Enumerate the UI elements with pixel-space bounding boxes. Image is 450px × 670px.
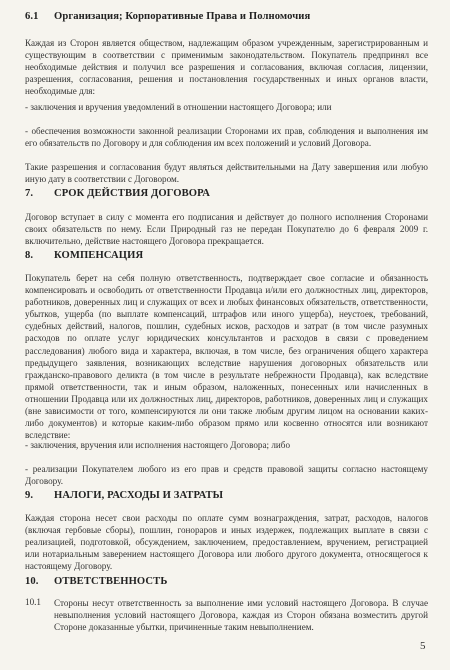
section-title: СРОК ДЕЙСТВИЯ ДОГОВОРА: [54, 188, 210, 199]
section-title: Организация; Корпоративные Права и Полно…: [54, 11, 310, 22]
paragraph: Каждая сторона несет свои расходы по опл…: [25, 512, 428, 572]
paragraph: Такие разрешения и согласования будут яв…: [25, 161, 428, 185]
list-item: - обеспечения возможности законной реали…: [25, 125, 428, 149]
section-title: ОТВЕТСТВЕННОСТЬ: [54, 576, 167, 587]
section-title: КОМПЕНСАЦИЯ: [54, 250, 143, 261]
list-item: - реализации Покупателем любого из его п…: [25, 463, 428, 487]
paragraph: Стороны несут ответственность за выполне…: [54, 597, 428, 633]
section-number: 6.1: [25, 11, 39, 22]
section-number: 10.: [25, 576, 39, 587]
paragraph: Каждая из Сторон является обществом, над…: [25, 37, 428, 97]
paragraph: Договор вступает в силу с момента его по…: [25, 211, 428, 247]
list-item: - заключения, вручения или исполнения на…: [25, 439, 428, 451]
section-number: 9.: [25, 490, 33, 501]
paragraph: Покупатель берет на себя полную ответств…: [25, 272, 428, 441]
section-title: НАЛОГИ, РАСХОДЫ И ЗАТРАТЫ: [54, 490, 223, 501]
section-number: 7.: [25, 188, 33, 199]
subsection-number: 10.1: [25, 597, 41, 607]
page-number: 5: [420, 640, 426, 652]
list-item: - заключения и вручения уведомлений в от…: [25, 101, 428, 113]
document-page: 6.1 Организация; Корпоративные Права и П…: [0, 0, 450, 670]
section-number: 8.: [25, 250, 33, 261]
